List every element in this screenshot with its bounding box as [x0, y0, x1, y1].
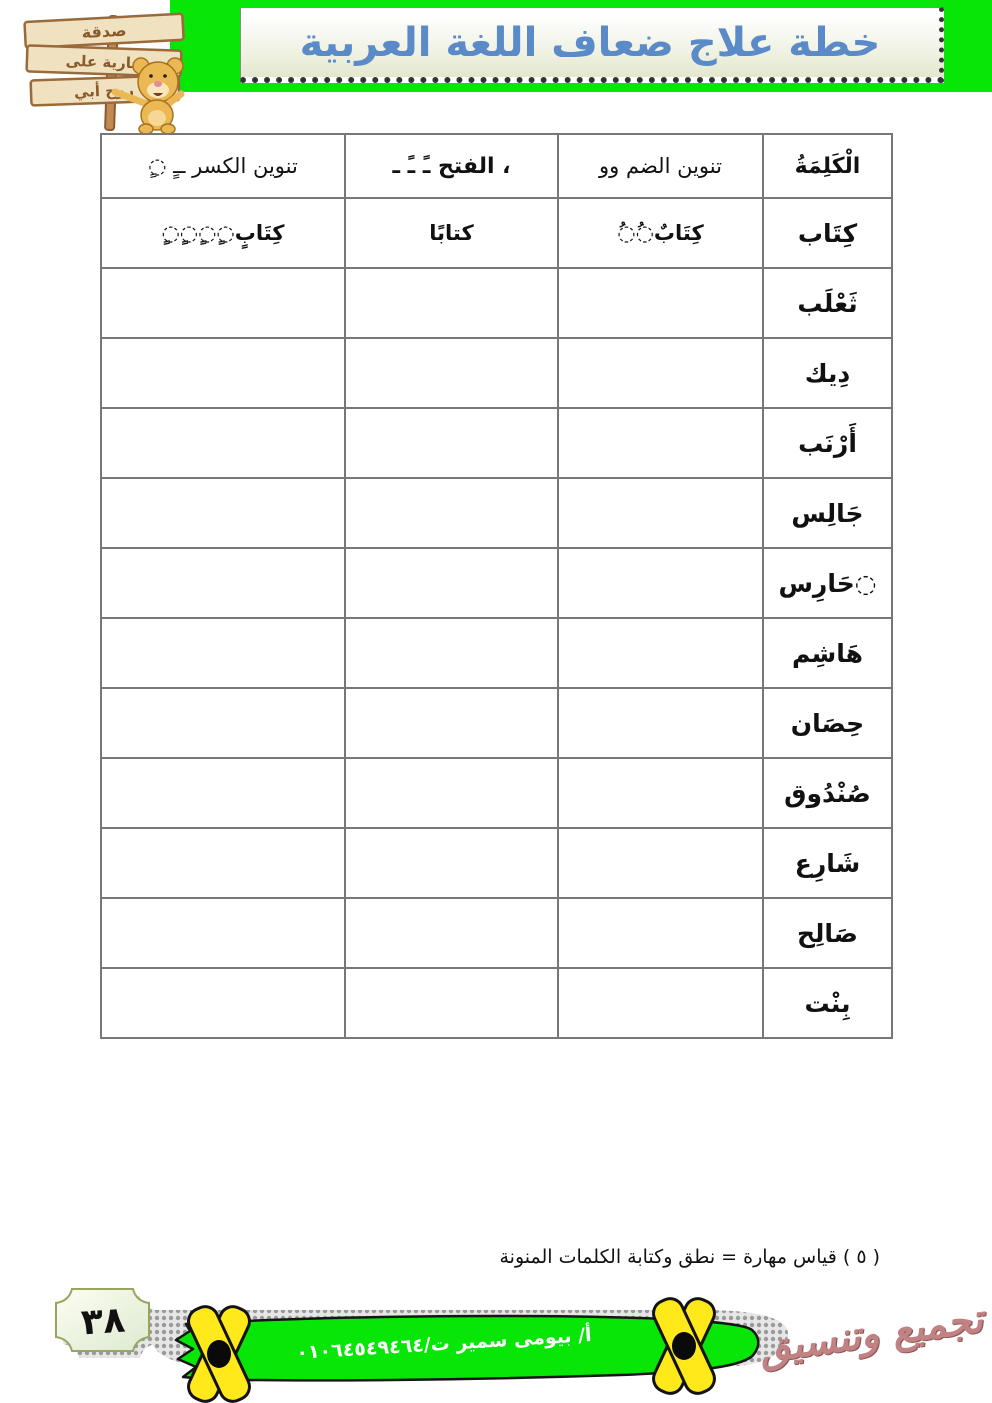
damma-cell: كِتَابٌ◌ُ◌ُ — [558, 198, 763, 268]
tanween-practice-table: الْكَلِمَةُ تنوين الضم وو ، الفتح ـً ـً … — [100, 133, 893, 1039]
table-row: دِيك — [101, 338, 892, 408]
kasra-cell — [101, 408, 345, 478]
damma-cell — [558, 828, 763, 898]
fatha-cell — [345, 688, 558, 758]
sign-line-1: صدقة — [81, 21, 127, 42]
page-title: خطة علاج ضعاف اللغة العربية — [300, 20, 881, 66]
table-row: جَالِس — [101, 478, 892, 548]
kasra-cell — [101, 828, 345, 898]
fatha-cell — [345, 478, 558, 548]
kasra-cell: كِتَابٍ◌ٍ◌ٍ◌ٍ◌ٍ — [101, 198, 345, 268]
damma-cell — [558, 688, 763, 758]
word-cell: جَالِس — [763, 478, 892, 548]
fatha-cell — [345, 968, 558, 1038]
fatha-cell — [345, 268, 558, 338]
word-cell: أَرْنَب — [763, 408, 892, 478]
page-number: ٣٨ — [80, 1300, 127, 1344]
word-cell: هَاشِم — [763, 618, 892, 688]
damma-cell — [558, 338, 763, 408]
kasra-cell — [101, 478, 345, 548]
page-number-badge: ٣٨ — [56, 1289, 156, 1358]
sign-line-2: جارية على — [65, 52, 142, 73]
table-row: ثَعْلَب — [101, 268, 892, 338]
fatha-cell — [345, 758, 558, 828]
damma-cell — [558, 408, 763, 478]
table-header-row: الْكَلِمَةُ تنوين الضم وو ، الفتح ـً ـً … — [101, 134, 892, 198]
kasra-cell — [101, 968, 345, 1038]
table-row: شَارِع — [101, 828, 892, 898]
fatha-cell — [345, 338, 558, 408]
table-row: حِصَان — [101, 688, 892, 758]
footnote: ( ٥ ) قياس مهارة = نطق وكتابة الكلمات ال… — [500, 1246, 881, 1268]
damma-cell — [558, 968, 763, 1038]
fatha-cell — [345, 408, 558, 478]
word-cell: حِصَان — [763, 688, 892, 758]
damma-cell — [558, 758, 763, 828]
title-box: خطة علاج ضعاف اللغة العربية — [240, 7, 944, 83]
mascot-bear-sign-icon: صدقة جارية على روح أبي — [5, 4, 225, 134]
table-row: أَرْنَب — [101, 408, 892, 478]
damma-cell — [558, 478, 763, 548]
kasra-cell — [101, 268, 345, 338]
table-row: هَاشِم — [101, 618, 892, 688]
word-cell: صُنْدُوق — [763, 758, 892, 828]
fatha-cell — [345, 548, 558, 618]
word-cell: كِتَاب — [763, 198, 892, 268]
column-header-fatha: ، الفتح ـً ـً ـ — [345, 134, 558, 198]
damma-cell — [558, 268, 763, 338]
table-row: بِنْت — [101, 968, 892, 1038]
kasra-cell — [101, 688, 345, 758]
word-cell: ◌حَارِس — [763, 548, 892, 618]
damma-cell — [558, 548, 763, 618]
column-header-damma: تنوين الضم وو — [558, 134, 763, 198]
table-row: كِتَابكِتَابٌ◌ُ◌ُكتابًاكِتَابٍ◌ٍ◌ٍ◌ٍ◌ٍ — [101, 198, 892, 268]
word-cell: شَارِع — [763, 828, 892, 898]
kasra-cell — [101, 758, 345, 828]
table-row: صُنْدُوق — [101, 758, 892, 828]
kasra-cell — [101, 618, 345, 688]
word-cell: بِنْت — [763, 968, 892, 1038]
word-cell: صَالِح — [763, 898, 892, 968]
kasra-cell — [101, 898, 345, 968]
word-cell: ثَعْلَب — [763, 268, 892, 338]
word-cell: دِيك — [763, 338, 892, 408]
fatha-cell — [345, 618, 558, 688]
fatha-cell — [345, 828, 558, 898]
fatha-cell — [345, 898, 558, 968]
column-header-kasra: تنوين الكسر ــٍ ◌ٍ — [101, 134, 345, 198]
kasra-cell — [101, 338, 345, 408]
table-row: صَالِح — [101, 898, 892, 968]
table-row: ◌حَارِس — [101, 548, 892, 618]
damma-cell — [558, 898, 763, 968]
kasra-cell — [101, 548, 345, 618]
damma-cell — [558, 618, 763, 688]
column-header-word: الْكَلِمَةُ — [763, 134, 892, 198]
fatha-cell: كتابًا — [345, 198, 558, 268]
